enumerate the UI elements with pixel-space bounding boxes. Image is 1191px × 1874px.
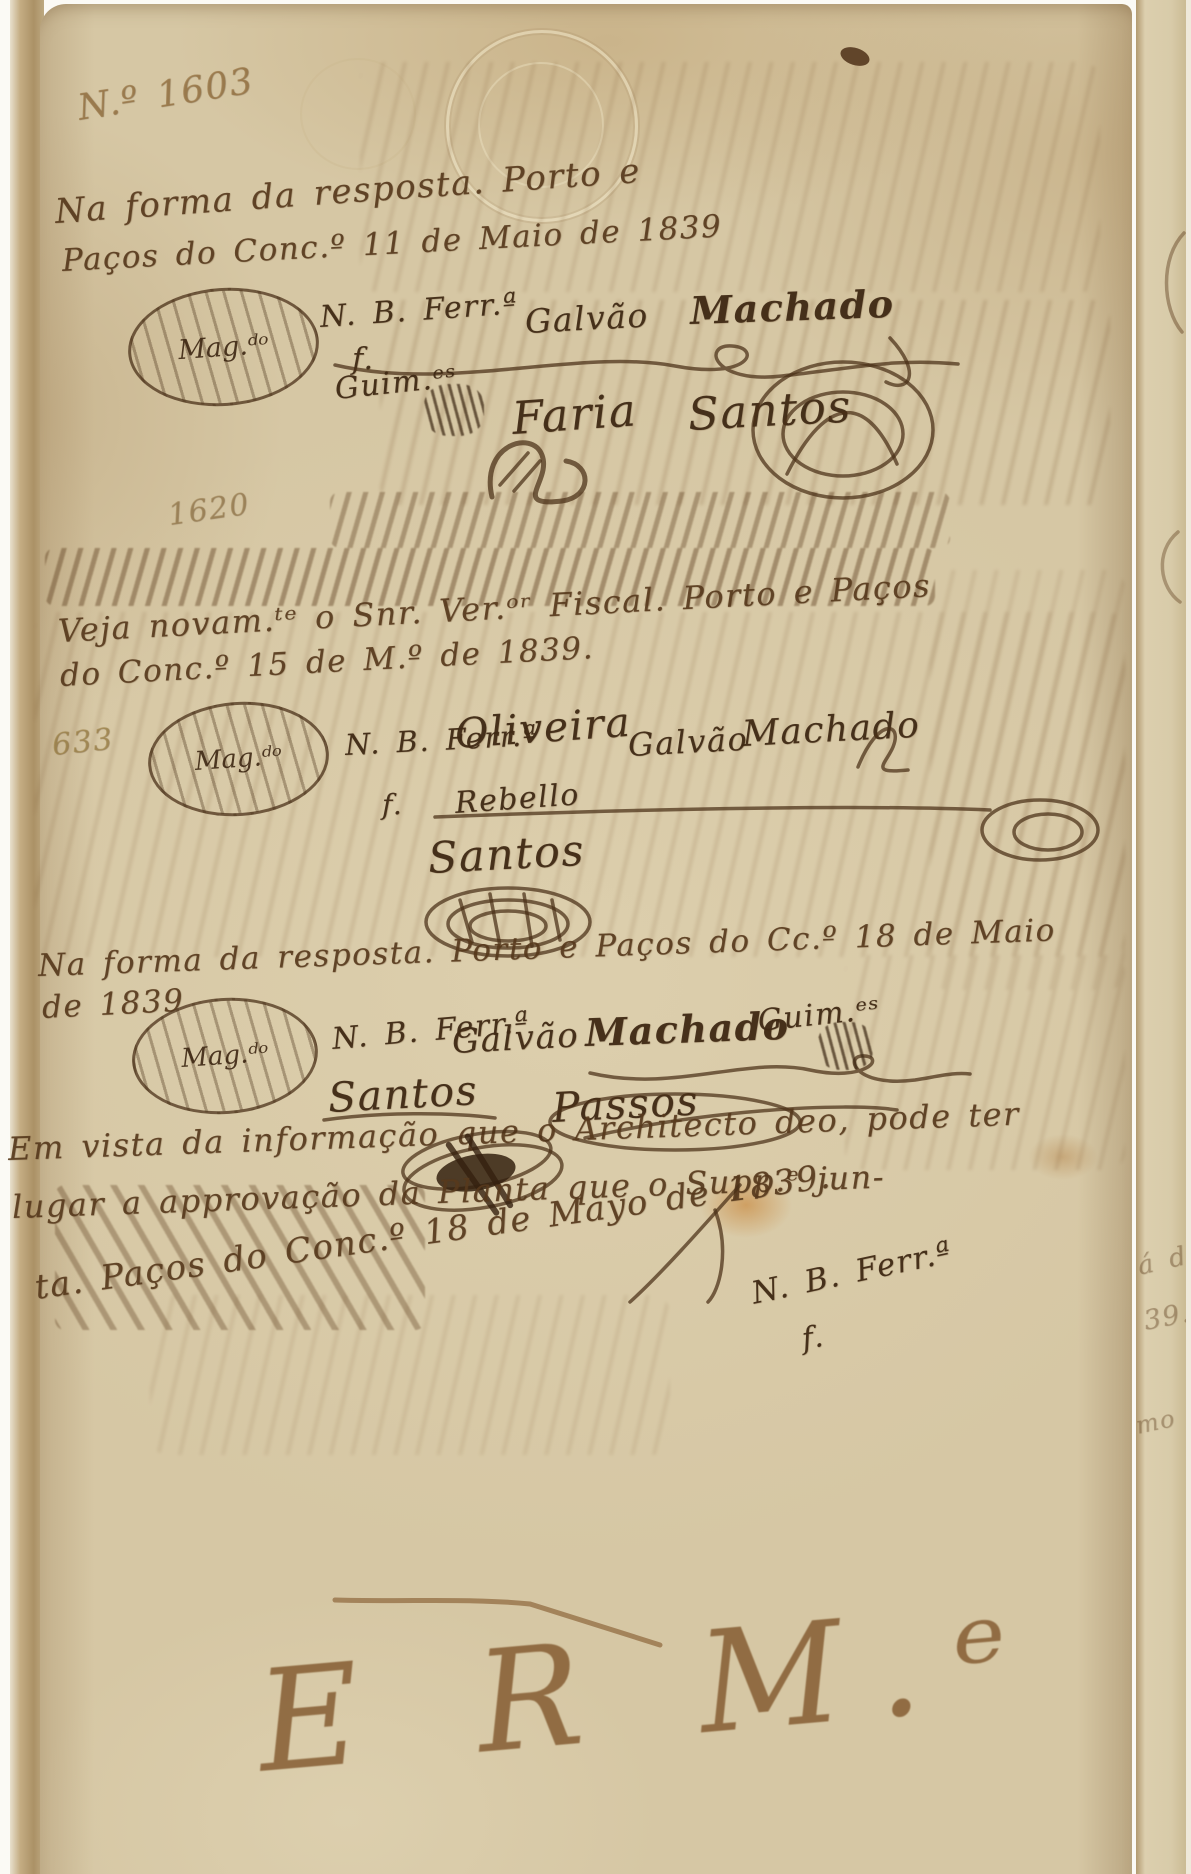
manuscript-scan: á de Maio 39. mo Cer.ª N.º 1603 1620 633… (0, 0, 1191, 1874)
flourish-slash (620, 1180, 750, 1310)
signature-circle-flourish-1 (745, 352, 940, 507)
ink-showthrough (150, 1295, 670, 1455)
signature-nbferreira-rubric-4: f. (800, 1319, 827, 1357)
signature-machado-1: Machado (689, 281, 895, 333)
adjacent-page-text-fragment: 39. (1141, 1297, 1186, 1336)
adjacent-page-text-fragment: á de Maio (1136, 1218, 1186, 1282)
adjacent-page-stroke-fragment (1154, 228, 1186, 338)
scan-background-edge (1186, 0, 1191, 1874)
pencil-mark-left-margin: 633 (50, 722, 115, 763)
adjacent-page-edge: á de Maio 39. mo Cer.ª (1136, 0, 1186, 1874)
adjacent-page-stroke-fragment (1150, 528, 1186, 608)
rubric-label-3: Mag.ᵈᵒ (180, 1038, 269, 1074)
p-rubric-flourish (470, 425, 600, 515)
signature-guimaraes-rubric-3 (818, 1022, 873, 1070)
signature-galvao-3: Galvão (451, 1015, 580, 1062)
inscription-entry-stroke (330, 1590, 690, 1650)
signature-nbferreira-rubric-2: f. (382, 788, 403, 821)
signature-santos-2: Santos (427, 826, 586, 884)
signature-machado-rubric-2 (848, 712, 918, 782)
adjacent-page-text-fragment: mo Cer.ª (1136, 1387, 1186, 1440)
rubric-label-1: Mag.ᵈᵒ (177, 328, 270, 365)
signature-galvao-2: Galvão (627, 720, 749, 764)
rubric-label-2: Mag.ᵈᵒ (194, 741, 283, 777)
